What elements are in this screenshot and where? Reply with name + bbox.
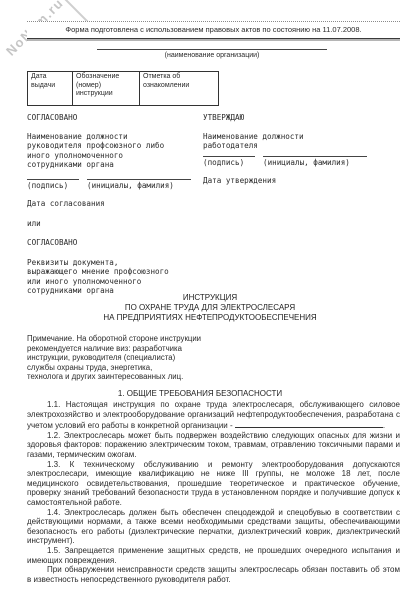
paragraph-1-4: 1.4. Электрослесарь должен быть обеспече… bbox=[27, 508, 400, 546]
agreed-label: СОГЛАСОВАНО bbox=[27, 113, 199, 123]
or-label: или bbox=[27, 219, 199, 229]
paragraph-1-3: 1.3. К техническому обслуживанию и ремон… bbox=[27, 460, 400, 508]
initials-caption: (инициалы, фамилия) bbox=[87, 179, 191, 191]
document-page: NoNum.ru Форма подготовлена с использова… bbox=[0, 0, 420, 600]
title-line-1: ИНСТРУКЦИЯ bbox=[0, 293, 420, 303]
section-1-heading: 1. ОБЩИЕ ТРЕБОВАНИЯ БЕЗОПАСНОСТИ bbox=[0, 389, 400, 398]
organization-name-caption: (наименование организации) bbox=[97, 52, 327, 59]
paragraph-1-1-period: . bbox=[383, 421, 385, 430]
note-text: Примечание. На оборотной стороне инструк… bbox=[27, 334, 277, 382]
table-row: Дата выдачи Обозначение (номер) инструкц… bbox=[28, 72, 219, 106]
title-line-3: НА ПРЕДПРИЯТИЯХ НЕФТЕПРОДУКТООБЕСПЕЧЕНИЯ bbox=[0, 313, 420, 323]
registration-table: Дата выдачи Обозначение (номер) инструкц… bbox=[27, 71, 219, 106]
document-requisites-text: Реквизиты документа, выражающего мнение … bbox=[27, 258, 199, 296]
col-acknowledgement-mark: Отметка об ознакомлении bbox=[140, 72, 219, 106]
title-line-2: ПО ОХРАНЕ ТРУДА ДЛЯ ЭЛЕКТРОСЛЕСАРЯ bbox=[0, 303, 420, 313]
approval-date-label: Дата утверждения bbox=[203, 176, 408, 186]
initials-caption: (инициалы, фамилия) bbox=[263, 156, 367, 168]
paragraph-1-5-continued: При обнаружении неисправности средств за… bbox=[27, 565, 400, 584]
union-role-text: Наименование должности руководителя проф… bbox=[27, 132, 199, 170]
section-1-body: 1.1. Настоящая инструкция по охране труд… bbox=[27, 400, 400, 584]
employer-role-text: Наименование должности работодателя bbox=[203, 132, 408, 151]
signature-caption: (подпись) bbox=[203, 156, 255, 168]
agreement-date-label: Дата согласования bbox=[27, 199, 199, 209]
fill-in-blank-line bbox=[235, 419, 383, 428]
col-instruction-number: Обозначение (номер) инструкции bbox=[73, 72, 140, 106]
paragraph-1-5: 1.5. Запрещается применение защитных сре… bbox=[27, 546, 400, 565]
signature-row: (подпись)(инициалы, фамилия) bbox=[203, 156, 408, 168]
agreed-label-2: СОГЛАСОВАНО bbox=[27, 238, 199, 248]
approve-label: УТВЕРЖДАЮ bbox=[203, 113, 408, 123]
approval-right-column: УТВЕРЖДАЮ Наименование должности работод… bbox=[203, 113, 408, 186]
col-issue-date: Дата выдачи bbox=[28, 72, 73, 106]
signature-caption: (подпись) bbox=[27, 179, 79, 191]
signature-row: (подпись)(инициалы, фамилия) bbox=[27, 179, 199, 191]
document-title: ИНСТРУКЦИЯ ПО ОХРАНЕ ТРУДА ДЛЯ ЭЛЕКТРОСЛ… bbox=[0, 293, 420, 322]
organization-name-line bbox=[97, 49, 327, 50]
form-note-text: Форма подготовлена с использованием прав… bbox=[65, 25, 361, 34]
approval-left-column: СОГЛАСОВАНО Наименование должности руков… bbox=[27, 113, 199, 296]
form-note-band: Форма подготовлена с использованием прав… bbox=[27, 21, 400, 39]
paragraph-1-1: 1.1. Настоящая инструкция по охране труд… bbox=[27, 400, 400, 431]
paragraph-1-2: 1.2. Электрослесарь может быть подвержен… bbox=[27, 431, 400, 460]
